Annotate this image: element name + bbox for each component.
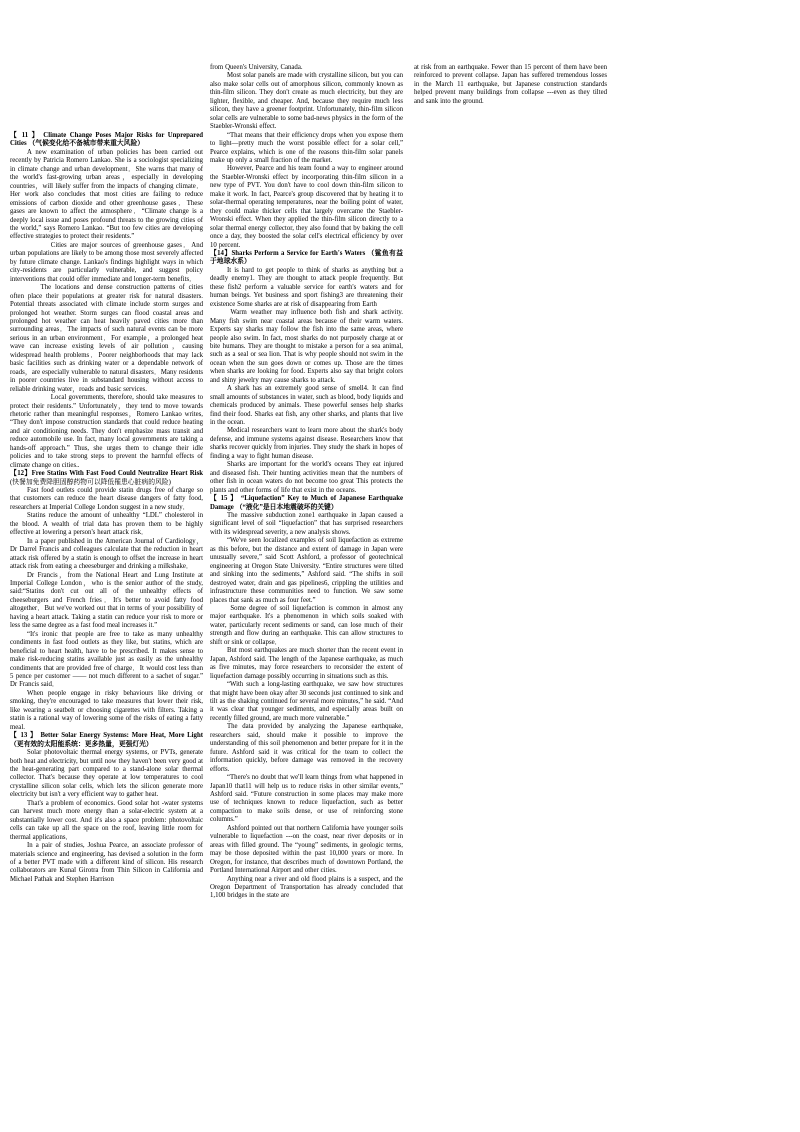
text-column-1: 【 11 】 Climate Change Poses Major Risks … — [10, 132, 203, 884]
document-page: { "page": { "background": "#ffffff", "te… — [0, 0, 800, 1132]
article-heading-english: 【 13 】 Better Solar Energy Systems: More… — [10, 732, 203, 739]
article-heading: 【12】Free Statins With Fast Food Could Ne… — [10, 470, 203, 487]
paragraph: The locations and dense construction pat… — [10, 284, 203, 394]
paragraph: However, Pearce and his team found a way… — [210, 165, 403, 250]
article-heading-chinese: (快餐加免费降胆固醇药物可以降低罹患心脏病的风险) — [10, 479, 171, 486]
text-column-3: at risk from an earthquake. Fewer than 1… — [414, 64, 607, 106]
paragraph: Warm weather may influence both fish and… — [210, 309, 403, 385]
paragraph: “That means that their efficiency drops … — [210, 132, 403, 166]
article-heading: 【 11 】 Climate Change Poses Major Risks … — [10, 132, 203, 149]
paragraph: Ashford pointed out that northern Califo… — [210, 825, 403, 876]
article-heading-chinese: （“液化”是日本地震破坏的关键） — [236, 504, 338, 511]
paragraph: In a paper published in the American Jou… — [10, 538, 203, 572]
paragraph: Local governments, therefore, should tak… — [10, 394, 203, 470]
paragraph: at risk from an earthquake. Fewer than 1… — [414, 64, 607, 106]
paragraph: Medical researchers want to learn more a… — [210, 427, 403, 461]
paragraph: In a pair of studies, Joshua Pearce, an … — [10, 842, 203, 884]
paragraph: “We've seen localized examples of soil l… — [210, 537, 403, 605]
article-heading-english: 【12】Free Statins With Fast Food Could Ne… — [10, 470, 203, 477]
paragraph: A new examination of urban policies has … — [10, 149, 203, 242]
paragraph: That's a problem of economics. Good sola… — [10, 800, 203, 842]
paragraph: “With such a long-lasting earthquake, we… — [210, 681, 403, 723]
paragraph: Cities are major sources of greenhouse g… — [10, 242, 203, 284]
article-heading-english: 【14】Sharks Perform a Service for Earth's… — [210, 250, 368, 257]
article-heading-chinese: （更有效的太阳能系统：更多热量，更强灯光） — [10, 741, 153, 748]
paragraph: from Queen's University, Canada. — [210, 64, 403, 72]
paragraph: Anything near a river and old flood plai… — [210, 876, 403, 901]
article-heading-chinese: （气候变化给不备城市带来重大风险） — [29, 140, 145, 147]
paragraph: Solar photovoltaic thermal energy system… — [10, 749, 203, 800]
paragraph: Statins reduce the amount of unhealthy “… — [10, 512, 203, 537]
paragraph: Some degree of soil liquefaction is comm… — [210, 605, 403, 647]
paragraph: Fast food outlets could provide statin d… — [10, 487, 203, 512]
paragraph: A shark has an extremely good sense of s… — [210, 385, 403, 427]
text-column-2: from Queen's University, Canada.Most sol… — [210, 64, 403, 901]
paragraph: “There's no doubt that we'll learn thing… — [210, 774, 403, 825]
paragraph: When people engage in risky behaviours l… — [10, 690, 203, 732]
page-background: 【 11 】 Climate Change Poses Major Risks … — [0, 0, 800, 1132]
paragraph: But most earthquakes are much shorter th… — [210, 647, 403, 681]
paragraph: Sharks are important for the world's oce… — [210, 461, 403, 495]
paragraph: It is hard to get people to think of sha… — [210, 267, 403, 309]
paragraph: Most solar panels are made with crystall… — [210, 72, 403, 131]
paragraph: The massive subduction zone1 earthquake … — [210, 512, 403, 537]
paragraph: The data provided by analyzing the Japan… — [210, 723, 403, 774]
paragraph: “It's ironic that people are free to tak… — [10, 631, 203, 690]
article-heading: 【 13 】 Better Solar Energy Systems: More… — [10, 732, 203, 749]
paragraph: Dr Francis，from the National Heart and L… — [10, 572, 203, 631]
article-heading: 【 15 】 “Liquefaction” Key to Much of Jap… — [210, 495, 403, 512]
article-heading: 【14】Sharks Perform a Service for Earth's… — [210, 250, 403, 267]
